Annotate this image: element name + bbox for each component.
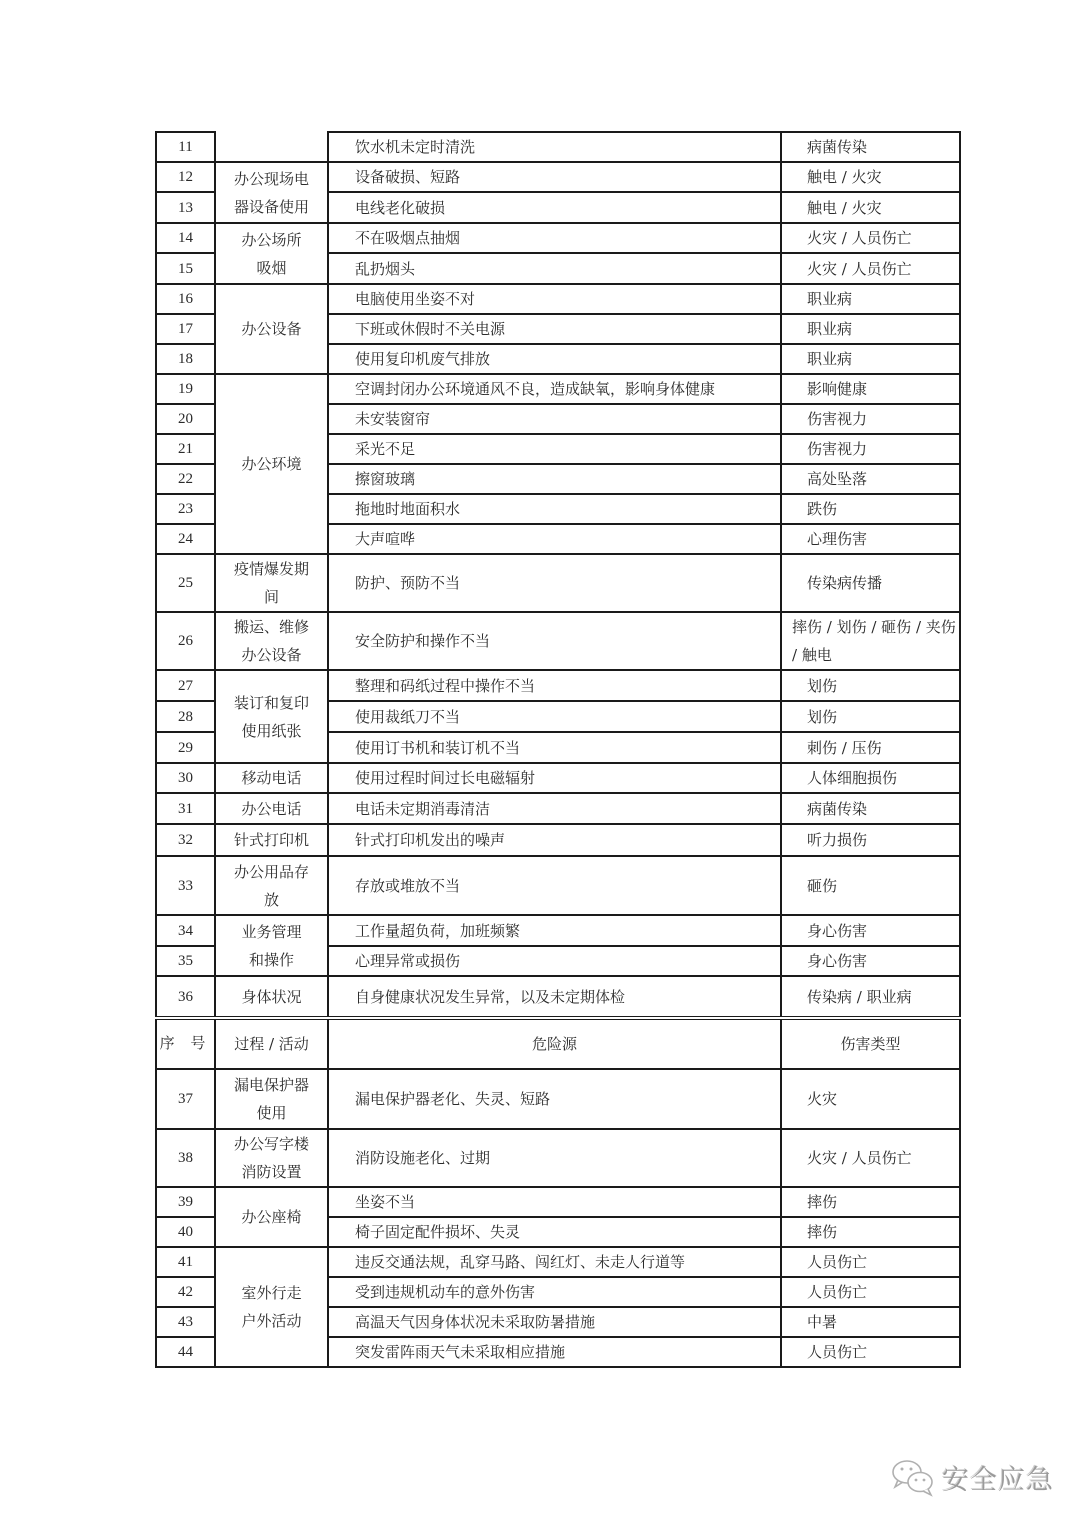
hazard-table-body: 11饮水机未定时清洗病菌传染12办公现场电器设备使用设备破损、短路触电 / 火灾… bbox=[156, 132, 960, 1367]
row-number-cell: 27 bbox=[156, 670, 215, 701]
row-number-cell: 41 bbox=[156, 1247, 215, 1277]
activity-line: 使用纸张 bbox=[241, 717, 301, 745]
table-row: 31办公电话电话未定期消毒清洁病菌传染 bbox=[156, 793, 960, 824]
activity-cell: 办公电话 bbox=[215, 793, 328, 824]
table-row: 16办公设备电脑使用坐姿不对职业病 bbox=[156, 284, 960, 314]
table-row: 34业务管理和操作工作量超负荷，加班频繁身心伤害 bbox=[156, 915, 960, 946]
table-row: 41室外行走户外活动违反交通法规，乱穿马路、闯红灯、未走人行道等人员伤亡 bbox=[156, 1247, 960, 1277]
hazard-cell: 未安装窗帘 bbox=[328, 404, 781, 434]
activity-cell: 针式打印机 bbox=[215, 824, 328, 856]
hazard-cell: 使用裁纸刀不当 bbox=[328, 701, 781, 732]
harm-type-cell: 划伤 bbox=[781, 670, 960, 701]
hazard-cell: 空调封闭办公环境通风不良，造成缺氧，影响身体健康 bbox=[328, 374, 781, 404]
harm-type-cell: 病菌传染 bbox=[781, 132, 960, 162]
hazard-cell: 心理异常或损伤 bbox=[328, 946, 781, 976]
activity-cell: 移动电话 bbox=[215, 763, 328, 793]
hazard-cell: 下班或休假时不关电源 bbox=[328, 314, 781, 344]
activity-line: 移动电话 bbox=[241, 764, 301, 792]
row-number-cell: 35 bbox=[156, 946, 215, 976]
header-harm-type: 伤害类型 bbox=[781, 1018, 960, 1069]
activity-line: 搬运、维修 bbox=[234, 613, 309, 641]
activity-cell: 办公现场电器设备使用 bbox=[215, 162, 328, 223]
activity-line: 使用 bbox=[256, 1099, 286, 1127]
row-number-cell: 25 bbox=[156, 554, 215, 612]
row-number-cell: 17 bbox=[156, 314, 215, 344]
harm-type-cell: 人体细胞损伤 bbox=[781, 763, 960, 793]
hazard-cell: 擦窗玻璃 bbox=[328, 464, 781, 494]
hazard-table: 11饮水机未定时清洗病菌传染12办公现场电器设备使用设备破损、短路触电 / 火灾… bbox=[155, 131, 961, 1368]
activity-line: 办公设备 bbox=[241, 641, 301, 669]
row-number-cell: 18 bbox=[156, 344, 215, 374]
activity-line: 业务管理 bbox=[241, 918, 301, 946]
hazard-cell: 饮水机未定时清洗 bbox=[328, 132, 781, 162]
harm-type-cell: 职业病 bbox=[781, 284, 960, 314]
header-hazard: 危险源 bbox=[328, 1018, 781, 1069]
table-row: 33办公用品存放存放或堆放不当砸伤 bbox=[156, 856, 960, 915]
harm-type-cell: 人员伤亡 bbox=[781, 1247, 960, 1277]
activity-cell: 办公场所吸烟 bbox=[215, 223, 328, 284]
activity-line: 间 bbox=[264, 583, 279, 611]
activity-cell: 装订和复印使用纸张 bbox=[215, 670, 328, 763]
activity-cell: 搬运、维修办公设备 bbox=[215, 612, 328, 670]
hazard-cell: 设备破损、短路 bbox=[328, 162, 781, 192]
hazard-cell: 突发雷阵雨天气未采取相应措施 bbox=[328, 1337, 781, 1367]
activity-line: 办公环境 bbox=[241, 450, 301, 478]
activity-line: 身体状况 bbox=[241, 983, 301, 1011]
activity-line: 装订和复印 bbox=[234, 689, 309, 717]
harm-type-cell: 触电 / 火灾 bbox=[781, 162, 960, 192]
harm-type-cell: 跌伤 bbox=[781, 494, 960, 524]
hazard-cell: 使用过程时间过长电磁辐射 bbox=[328, 763, 781, 793]
harm-type-cell: 人员伤亡 bbox=[781, 1337, 960, 1367]
activity-cell: 办公设备 bbox=[215, 284, 328, 374]
row-number-cell: 21 bbox=[156, 434, 215, 464]
hazard-cell: 违反交通法规，乱穿马路、闯红灯、未走人行道等 bbox=[328, 1247, 781, 1277]
activity-cell: 办公用品存放 bbox=[215, 856, 328, 915]
table-row: 37漏电保护器使用漏电保护器老化、失灵、短路火灾 bbox=[156, 1069, 960, 1129]
activity-cell: 身体状况 bbox=[215, 976, 328, 1018]
activity-line: 办公用品存 bbox=[234, 858, 309, 886]
activity-line: 放 bbox=[264, 886, 279, 914]
row-number-cell: 11 bbox=[156, 132, 215, 162]
harm-type-cell: 听力损伤 bbox=[781, 824, 960, 856]
activity-cell: 业务管理和操作 bbox=[215, 915, 328, 976]
hazard-cell: 大声喧哗 bbox=[328, 524, 781, 554]
harm-type-cell: 火灾 / 人员伤亡 bbox=[781, 1129, 960, 1187]
row-number-cell: 26 bbox=[156, 612, 215, 670]
harm-type-cell: 火灾 / 人员伤亡 bbox=[781, 223, 960, 253]
activity-cell: 办公环境 bbox=[215, 374, 328, 554]
row-number-cell: 42 bbox=[156, 1277, 215, 1307]
table-row: 19办公环境空调封闭办公环境通风不良，造成缺氧，影响身体健康影响健康 bbox=[156, 374, 960, 404]
harm-type-cell: 刺伤 / 压伤 bbox=[781, 732, 960, 763]
header-activity: 过程 / 活动 bbox=[215, 1018, 328, 1069]
activity-line: 漏电保护器 bbox=[234, 1071, 309, 1099]
row-number-cell: 16 bbox=[156, 284, 215, 314]
harm-type-cell: 心理伤害 bbox=[781, 524, 960, 554]
row-number-cell: 39 bbox=[156, 1187, 215, 1217]
table-row: 12办公现场电器设备使用设备破损、短路触电 / 火灾 bbox=[156, 162, 960, 192]
watermark-text: 安全应急 bbox=[942, 1458, 1054, 1497]
row-number-cell: 40 bbox=[156, 1217, 215, 1247]
harm-type-cell: 伤害视力 bbox=[781, 404, 960, 434]
row-number-cell: 33 bbox=[156, 856, 215, 915]
hazard-cell: 安全防护和操作不当 bbox=[328, 612, 781, 670]
hazard-cell: 电线老化破损 bbox=[328, 192, 781, 223]
row-number-cell: 23 bbox=[156, 494, 215, 524]
hazard-cell: 使用订书机和装订机不当 bbox=[328, 732, 781, 763]
row-number-cell: 20 bbox=[156, 404, 215, 434]
activity-line: 办公设备 bbox=[241, 315, 301, 343]
harm-type-cell: 传染病传播 bbox=[781, 554, 960, 612]
harm-type-cell: 高处坠落 bbox=[781, 464, 960, 494]
row-number-cell: 30 bbox=[156, 763, 215, 793]
harm-type-cell: 火灾 / 人员伤亡 bbox=[781, 253, 960, 284]
table-row: 36身体状况自身健康状况发生异常，以及未定期体检传染病 / 职业病 bbox=[156, 976, 960, 1018]
hazard-cell: 防护、预防不当 bbox=[328, 554, 781, 612]
harm-type-cell: 传染病 / 职业病 bbox=[781, 976, 960, 1018]
row-number-cell: 22 bbox=[156, 464, 215, 494]
row-number-cell: 19 bbox=[156, 374, 215, 404]
hazard-cell: 自身健康状况发生异常，以及未定期体检 bbox=[328, 976, 781, 1018]
activity-line: 户外活动 bbox=[241, 1307, 301, 1335]
activity-line: 疫情爆发期 bbox=[234, 555, 309, 583]
activity-cell: 办公写字楼消防设置 bbox=[215, 1129, 328, 1187]
hazard-cell: 整理和码纸过程中操作不当 bbox=[328, 670, 781, 701]
row-number-cell: 36 bbox=[156, 976, 215, 1018]
harm-type-cell: 身心伤害 bbox=[781, 946, 960, 976]
document-page: 11饮水机未定时清洗病菌传染12办公现场电器设备使用设备破损、短路触电 / 火灾… bbox=[0, 0, 1080, 1527]
row-number-cell: 31 bbox=[156, 793, 215, 824]
activity-line: 室外行走 bbox=[241, 1279, 301, 1307]
row-number-cell: 13 bbox=[156, 192, 215, 223]
row-number-cell: 14 bbox=[156, 223, 215, 253]
wechat-icon bbox=[890, 1457, 936, 1497]
hazard-cell: 存放或堆放不当 bbox=[328, 856, 781, 915]
row-number-cell: 44 bbox=[156, 1337, 215, 1367]
activity-line: 针式打印机 bbox=[234, 826, 309, 854]
hazard-cell: 电脑使用坐姿不对 bbox=[328, 284, 781, 314]
hazard-cell: 坐姿不当 bbox=[328, 1187, 781, 1217]
row-number-cell: 37 bbox=[156, 1069, 215, 1129]
activity-cell: 室外行走户外活动 bbox=[215, 1247, 328, 1367]
row-number-cell: 24 bbox=[156, 524, 215, 554]
harm-type-cell: 火灾 bbox=[781, 1069, 960, 1129]
activity-line: 办公现场电 bbox=[234, 165, 309, 193]
hazard-cell: 高温天气因身体状况未采取防暑措施 bbox=[328, 1307, 781, 1337]
harm-type-cell: 身心伤害 bbox=[781, 915, 960, 946]
activity-line: 吸烟 bbox=[256, 254, 286, 282]
activity-cell bbox=[215, 132, 328, 162]
harm-type-cell: 划伤 bbox=[781, 701, 960, 732]
activity-cell: 漏电保护器使用 bbox=[215, 1069, 328, 1129]
table-row: 38办公写字楼消防设置消防设施老化、过期火灾 / 人员伤亡 bbox=[156, 1129, 960, 1187]
activity-cell: 疫情爆发期间 bbox=[215, 554, 328, 612]
harm-type-cell: 中暑 bbox=[781, 1307, 960, 1337]
harm-type-cell: 摔伤 bbox=[781, 1187, 960, 1217]
hazard-cell: 电话未定期消毒清洁 bbox=[328, 793, 781, 824]
activity-line: 和操作 bbox=[249, 946, 294, 974]
hazard-cell: 消防设施老化、过期 bbox=[328, 1129, 781, 1187]
harm-type-cell: 影响健康 bbox=[781, 374, 960, 404]
table-row: 26搬运、维修办公设备安全防护和操作不当摔伤 / 划伤 / 砸伤 / 夹伤 / … bbox=[156, 612, 960, 670]
table-row: 11饮水机未定时清洗病菌传染 bbox=[156, 132, 960, 162]
harm-type-cell: 摔伤 bbox=[781, 1217, 960, 1247]
table-row: 14办公场所吸烟不在吸烟点抽烟火灾 / 人员伤亡 bbox=[156, 223, 960, 253]
harm-type-cell: 职业病 bbox=[781, 344, 960, 374]
activity-line: 消防设置 bbox=[241, 1158, 301, 1186]
harm-type-cell: 摔伤 / 划伤 / 砸伤 / 夹伤 / 触电 bbox=[781, 612, 960, 670]
row-number-cell: 29 bbox=[156, 732, 215, 763]
row-number-cell: 38 bbox=[156, 1129, 215, 1187]
hazard-cell: 椅子固定配件损坏、失灵 bbox=[328, 1217, 781, 1247]
harm-type-cell: 人员伤亡 bbox=[781, 1277, 960, 1307]
harm-type-cell: 伤害视力 bbox=[781, 434, 960, 464]
table-row: 30移动电话使用过程时间过长电磁辐射人体细胞损伤 bbox=[156, 763, 960, 793]
row-number-cell: 34 bbox=[156, 915, 215, 946]
activity-line: 办公座椅 bbox=[241, 1203, 301, 1231]
row-number-cell: 28 bbox=[156, 701, 215, 732]
hazard-cell: 不在吸烟点抽烟 bbox=[328, 223, 781, 253]
harm-type-cell: 病菌传染 bbox=[781, 793, 960, 824]
activity-line: 器设备使用 bbox=[234, 193, 309, 221]
hazard-cell: 工作量超负荷，加班频繁 bbox=[328, 915, 781, 946]
harm-type-cell: 职业病 bbox=[781, 314, 960, 344]
row-number-cell: 32 bbox=[156, 824, 215, 856]
hazard-cell: 受到违规机动车的意外伤害 bbox=[328, 1277, 781, 1307]
table-row: 27装订和复印使用纸张整理和码纸过程中操作不当划伤 bbox=[156, 670, 960, 701]
activity-line: 办公写字楼 bbox=[234, 1130, 309, 1158]
row-number-cell: 12 bbox=[156, 162, 215, 192]
watermark: 安全应急 bbox=[890, 1455, 1054, 1499]
hazard-cell: 使用复印机废气排放 bbox=[328, 344, 781, 374]
table-row: 25疫情爆发期间防护、预防不当传染病传播 bbox=[156, 554, 960, 612]
hazard-cell: 针式打印机发出的噪声 bbox=[328, 824, 781, 856]
hazard-cell: 采光不足 bbox=[328, 434, 781, 464]
table-row: 39办公座椅坐姿不当摔伤 bbox=[156, 1187, 960, 1217]
activity-cell: 办公座椅 bbox=[215, 1187, 328, 1247]
row-number-cell: 15 bbox=[156, 253, 215, 284]
harm-type-cell: 砸伤 bbox=[781, 856, 960, 915]
table-row: 32针式打印机针式打印机发出的噪声听力损伤 bbox=[156, 824, 960, 856]
row-number-cell: 43 bbox=[156, 1307, 215, 1337]
harm-type-cell: 触电 / 火灾 bbox=[781, 192, 960, 223]
hazard-cell: 拖地时地面积水 bbox=[328, 494, 781, 524]
header-no: 序 号 bbox=[156, 1018, 215, 1069]
activity-line: 办公场所 bbox=[241, 226, 301, 254]
hazard-cell: 乱扔烟头 bbox=[328, 253, 781, 284]
activity-line: 办公电话 bbox=[241, 795, 301, 823]
hazard-cell: 漏电保护器老化、失灵、短路 bbox=[328, 1069, 781, 1129]
table-header-row: 序 号过程 / 活动危险源伤害类型 bbox=[156, 1018, 960, 1069]
